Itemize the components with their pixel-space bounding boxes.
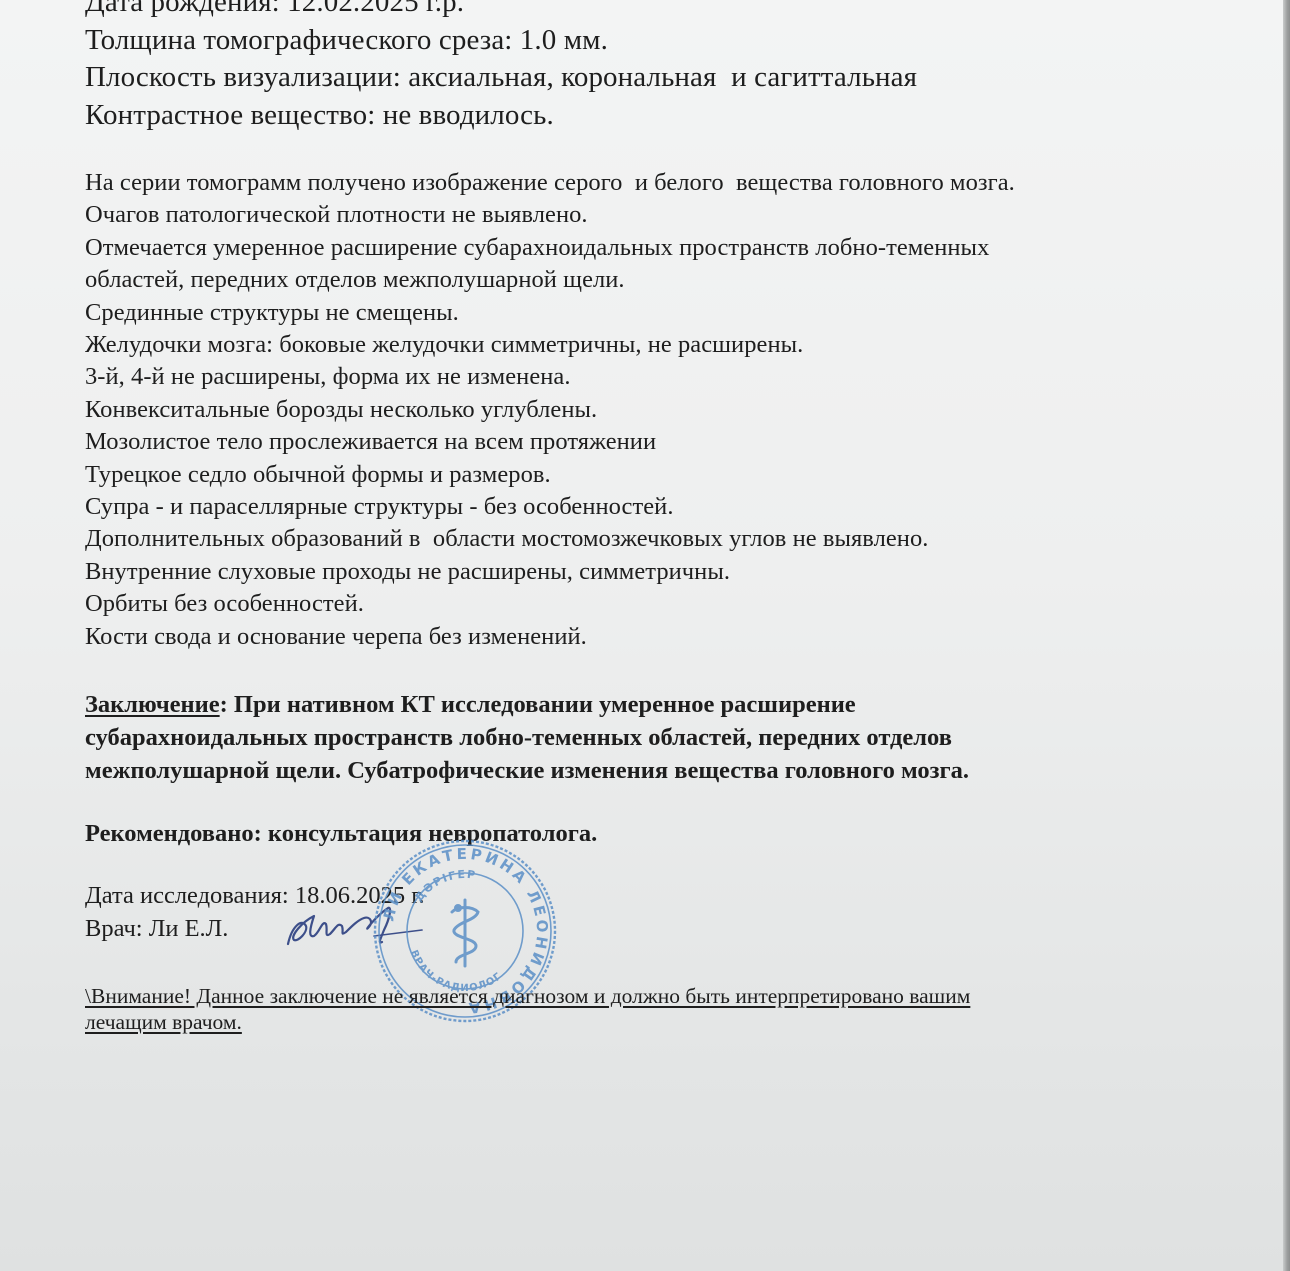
finding-line: Конвекситальные борозды несколько углубл… xyxy=(85,394,1015,426)
visualization-plane-line: Плоскость визуализации: аксиальная, коро… xyxy=(85,59,917,97)
disclaimer-notice: \Внимание! Данное заключение не является… xyxy=(85,983,1165,1035)
finding-line: Желудочки мозга: боковые желудочки симме… xyxy=(85,329,1015,361)
finding-line: Очагов патологической плотности не выявл… xyxy=(85,199,1015,231)
caduceus-icon xyxy=(452,900,478,966)
recommendation: Рекомендовано: консультация невропатолог… xyxy=(85,817,597,850)
finding-line: 3-й, 4-й не расширены, форма их не измен… xyxy=(85,361,1015,393)
birth-date-line: Дата рождения: 12.02.2025 г.р. xyxy=(85,0,917,22)
finding-line: Дополнительных образований в области мос… xyxy=(85,523,1015,555)
disclaimer-line: \Внимание! Данное заключение не является… xyxy=(85,983,1165,1009)
finding-line: Кости свода и основание черепа без измен… xyxy=(85,621,1015,653)
finding-line: Срединные структуры не смещены. xyxy=(85,297,1015,329)
conclusion-text: : При нативном КТ исследовании умеренное… xyxy=(220,691,856,718)
conclusion-line: субарахноидальных пространств лобно-теме… xyxy=(85,721,969,754)
paper-edge-shadow xyxy=(1283,0,1290,1271)
disclaimer-line: лечащим врачом. xyxy=(85,1009,1165,1035)
finding-line: Отмечается умеренное расширение субарахн… xyxy=(85,232,1015,264)
conclusion-label: Заключение xyxy=(85,691,220,718)
conclusion-line: Заключение: При нативном КТ исследовании… xyxy=(85,688,969,721)
study-date: Дата исследования: 18.06.2025 г. xyxy=(85,880,425,913)
findings-section: На серии томограмм получено изображение … xyxy=(85,167,1015,653)
doctor-name: Врач: Ли Е.Л. xyxy=(85,913,425,946)
slice-thickness-line: Толщина томографического среза: 1.0 мм. xyxy=(85,22,917,60)
finding-line: Турецкое седло обычной формы и размеров. xyxy=(85,459,1015,491)
finding-line: Супра - и параселлярные структуры - без … xyxy=(85,491,1015,523)
finding-line: Мозолистое тело прослеживается на всем п… xyxy=(85,426,1015,458)
contrast-agent-line: Контрастное вещество: не вводилось. xyxy=(85,97,917,135)
conclusion-line: межполушарной щели. Субатрофические изме… xyxy=(85,754,969,787)
finding-line: Внутренние слуховые проходы не расширены… xyxy=(85,556,1015,588)
finding-line: Орбиты без особенностей. xyxy=(85,588,1015,620)
patient-study-params: Дата рождения: 12.02.2025 г.р. Толщина т… xyxy=(85,0,917,134)
signature-block: Дата исследования: 18.06.2025 г. Врач: Л… xyxy=(85,880,425,945)
finding-line: На серии томограмм получено изображение … xyxy=(85,167,1015,199)
conclusion-section: Заключение: При нативном КТ исследовании… xyxy=(85,688,969,787)
finding-line: областей, передних отделов межполушарной… xyxy=(85,264,1015,296)
